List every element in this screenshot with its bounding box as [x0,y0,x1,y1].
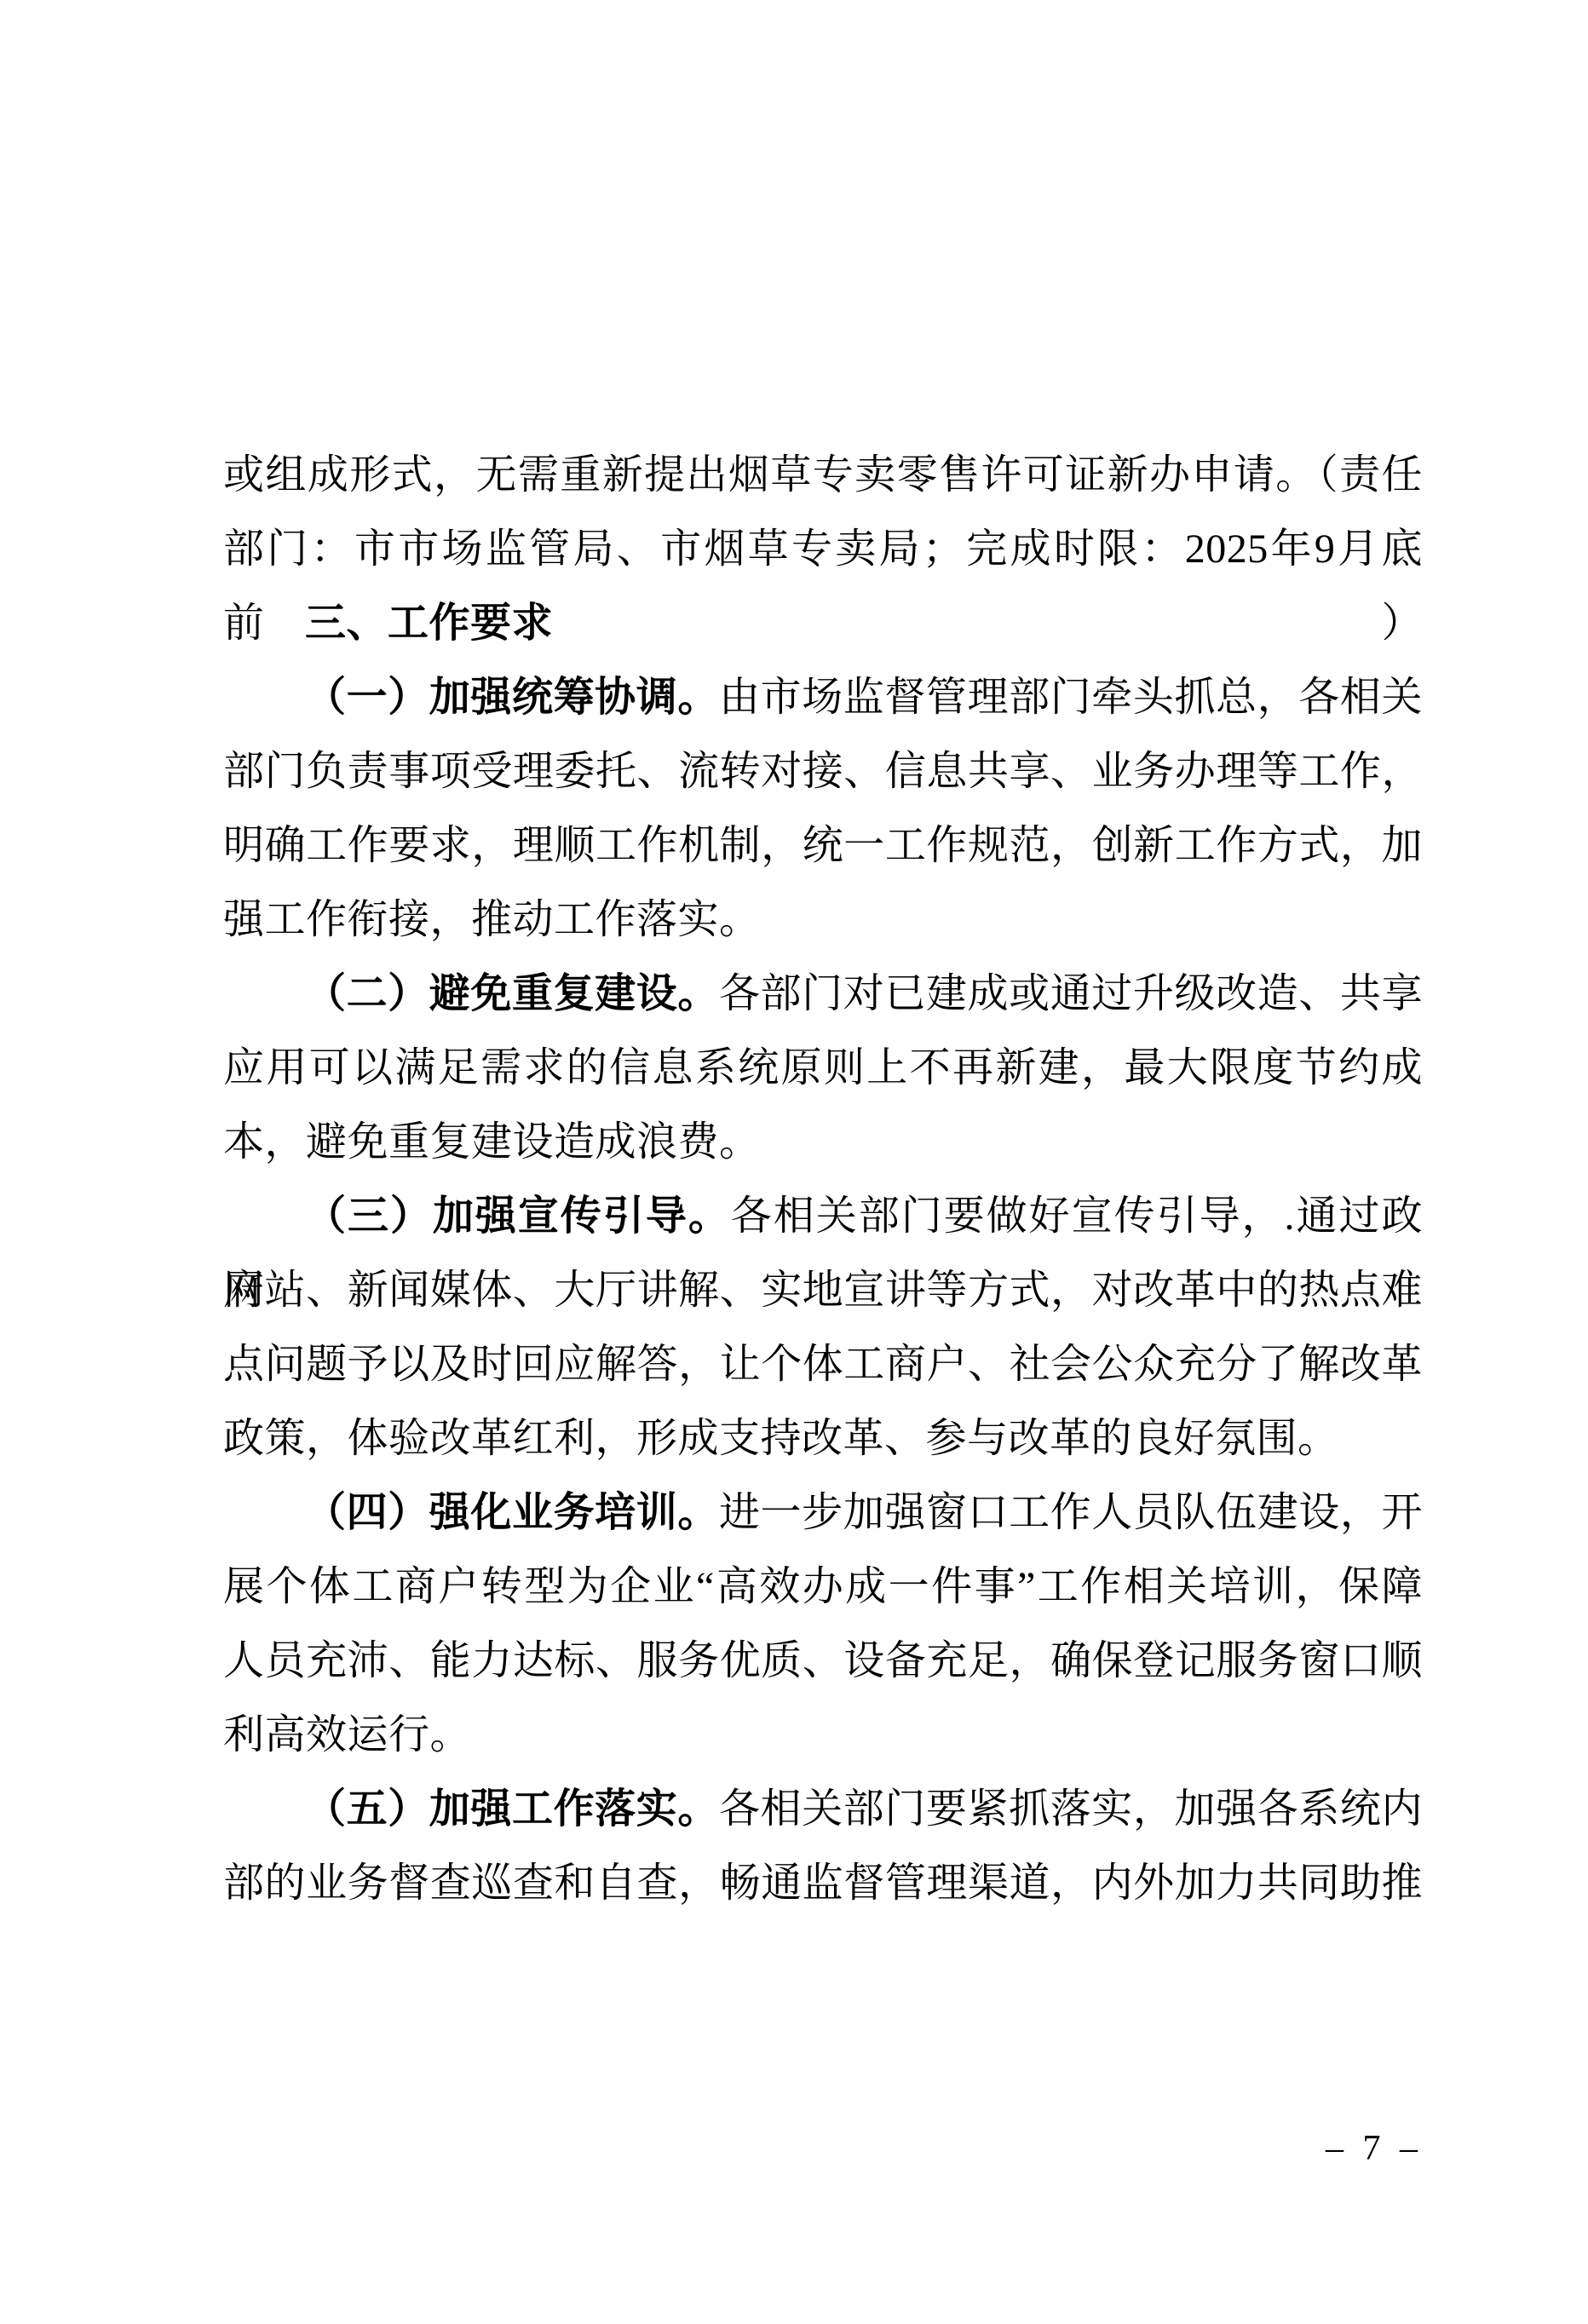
text-line: 部门负责事项受理委托、流转对接、信息共享、业务办理等工作， [223,734,1423,808]
text-line: 政策，体验改革红利，形成支持改革、参与改革的良好氛围。 [223,1401,1423,1476]
text-line: （五）加强工作落实。各相关部门要紧抓落实，加强各系统内 [223,1772,1423,1846]
text-line: 或组成形式，无需重新提出烟草专卖零售许可证新办申请。（责任 [223,438,1423,512]
bold-lead-text: （一）加强统筹协调。 [305,675,719,720]
text-line: 展个体工商户转型为企业“高效办成一件事”工作相关培训，保障 [223,1550,1423,1624]
bold-lead-text: （三）加强宣传引导。 [305,1194,731,1239]
bold-lead-text: 三、工作要求 [305,601,553,646]
text-line: 人员充沛、能力达标、服务优质、设备充足，确保登记服务窗口顺 [223,1624,1423,1698]
text-line: （二）避免重复建设。各部门对已建成或通过升级改造、共享 [223,957,1423,1031]
document-body: 或组成形式，无需重新提出烟草专卖零售许可证新办申请。（责任部门：市市场监管局、市… [223,438,1423,1920]
text-line: 明确工作要求，理顺工作机制，统一工作规范，创新工作方式，加 [223,808,1423,883]
text-line: （一）加强统筹协调。由市场监督管理部门牵头抓总，各相关 [223,660,1423,734]
text-line: 本，避免重复建设造成浪费。 [223,1105,1423,1179]
text-line: 利高效运行。 [223,1698,1423,1772]
page-number: – 7 – [1326,2128,1423,2169]
text-line: 部的业务督查巡查和自查，畅通监督管理渠道，内外加力共同助推 [223,1846,1423,1920]
bold-lead-text: （二）避免重复建设。 [305,971,719,1016]
text-line: （三）加强宣传引导。各相关部门要做好宣传引导，.通过政府 [223,1179,1423,1253]
text-line: 强工作衔接，推动工作落实。 [223,883,1423,957]
text-line: 部门：市市场监管局、市烟草专卖局；完成时限：2025年9月底前） [223,512,1423,586]
text-line: 点问题予以及时回应解答，让个体工商户、社会公众充分了解改革 [223,1327,1423,1401]
bold-lead-text: （五）加强工作落实。 [305,1786,719,1832]
bold-lead-text: （四）强化业务培训。 [305,1490,719,1535]
text-line: 网站、新闻媒体、大厅讲解、实地宣讲等方式，对改革中的热点难 [223,1253,1423,1327]
text-line: 应用可以满足需求的信息系统原则上不再新建，最大限度节约成 [223,1031,1423,1105]
text-line: （四）强化业务培训。进一步加强窗口工作人员队伍建设，开 [223,1476,1423,1550]
document-page: 或组成形式，无需重新提出烟草专卖零售许可证新办申请。（责任部门：市市场监管局、市… [0,0,1588,2324]
